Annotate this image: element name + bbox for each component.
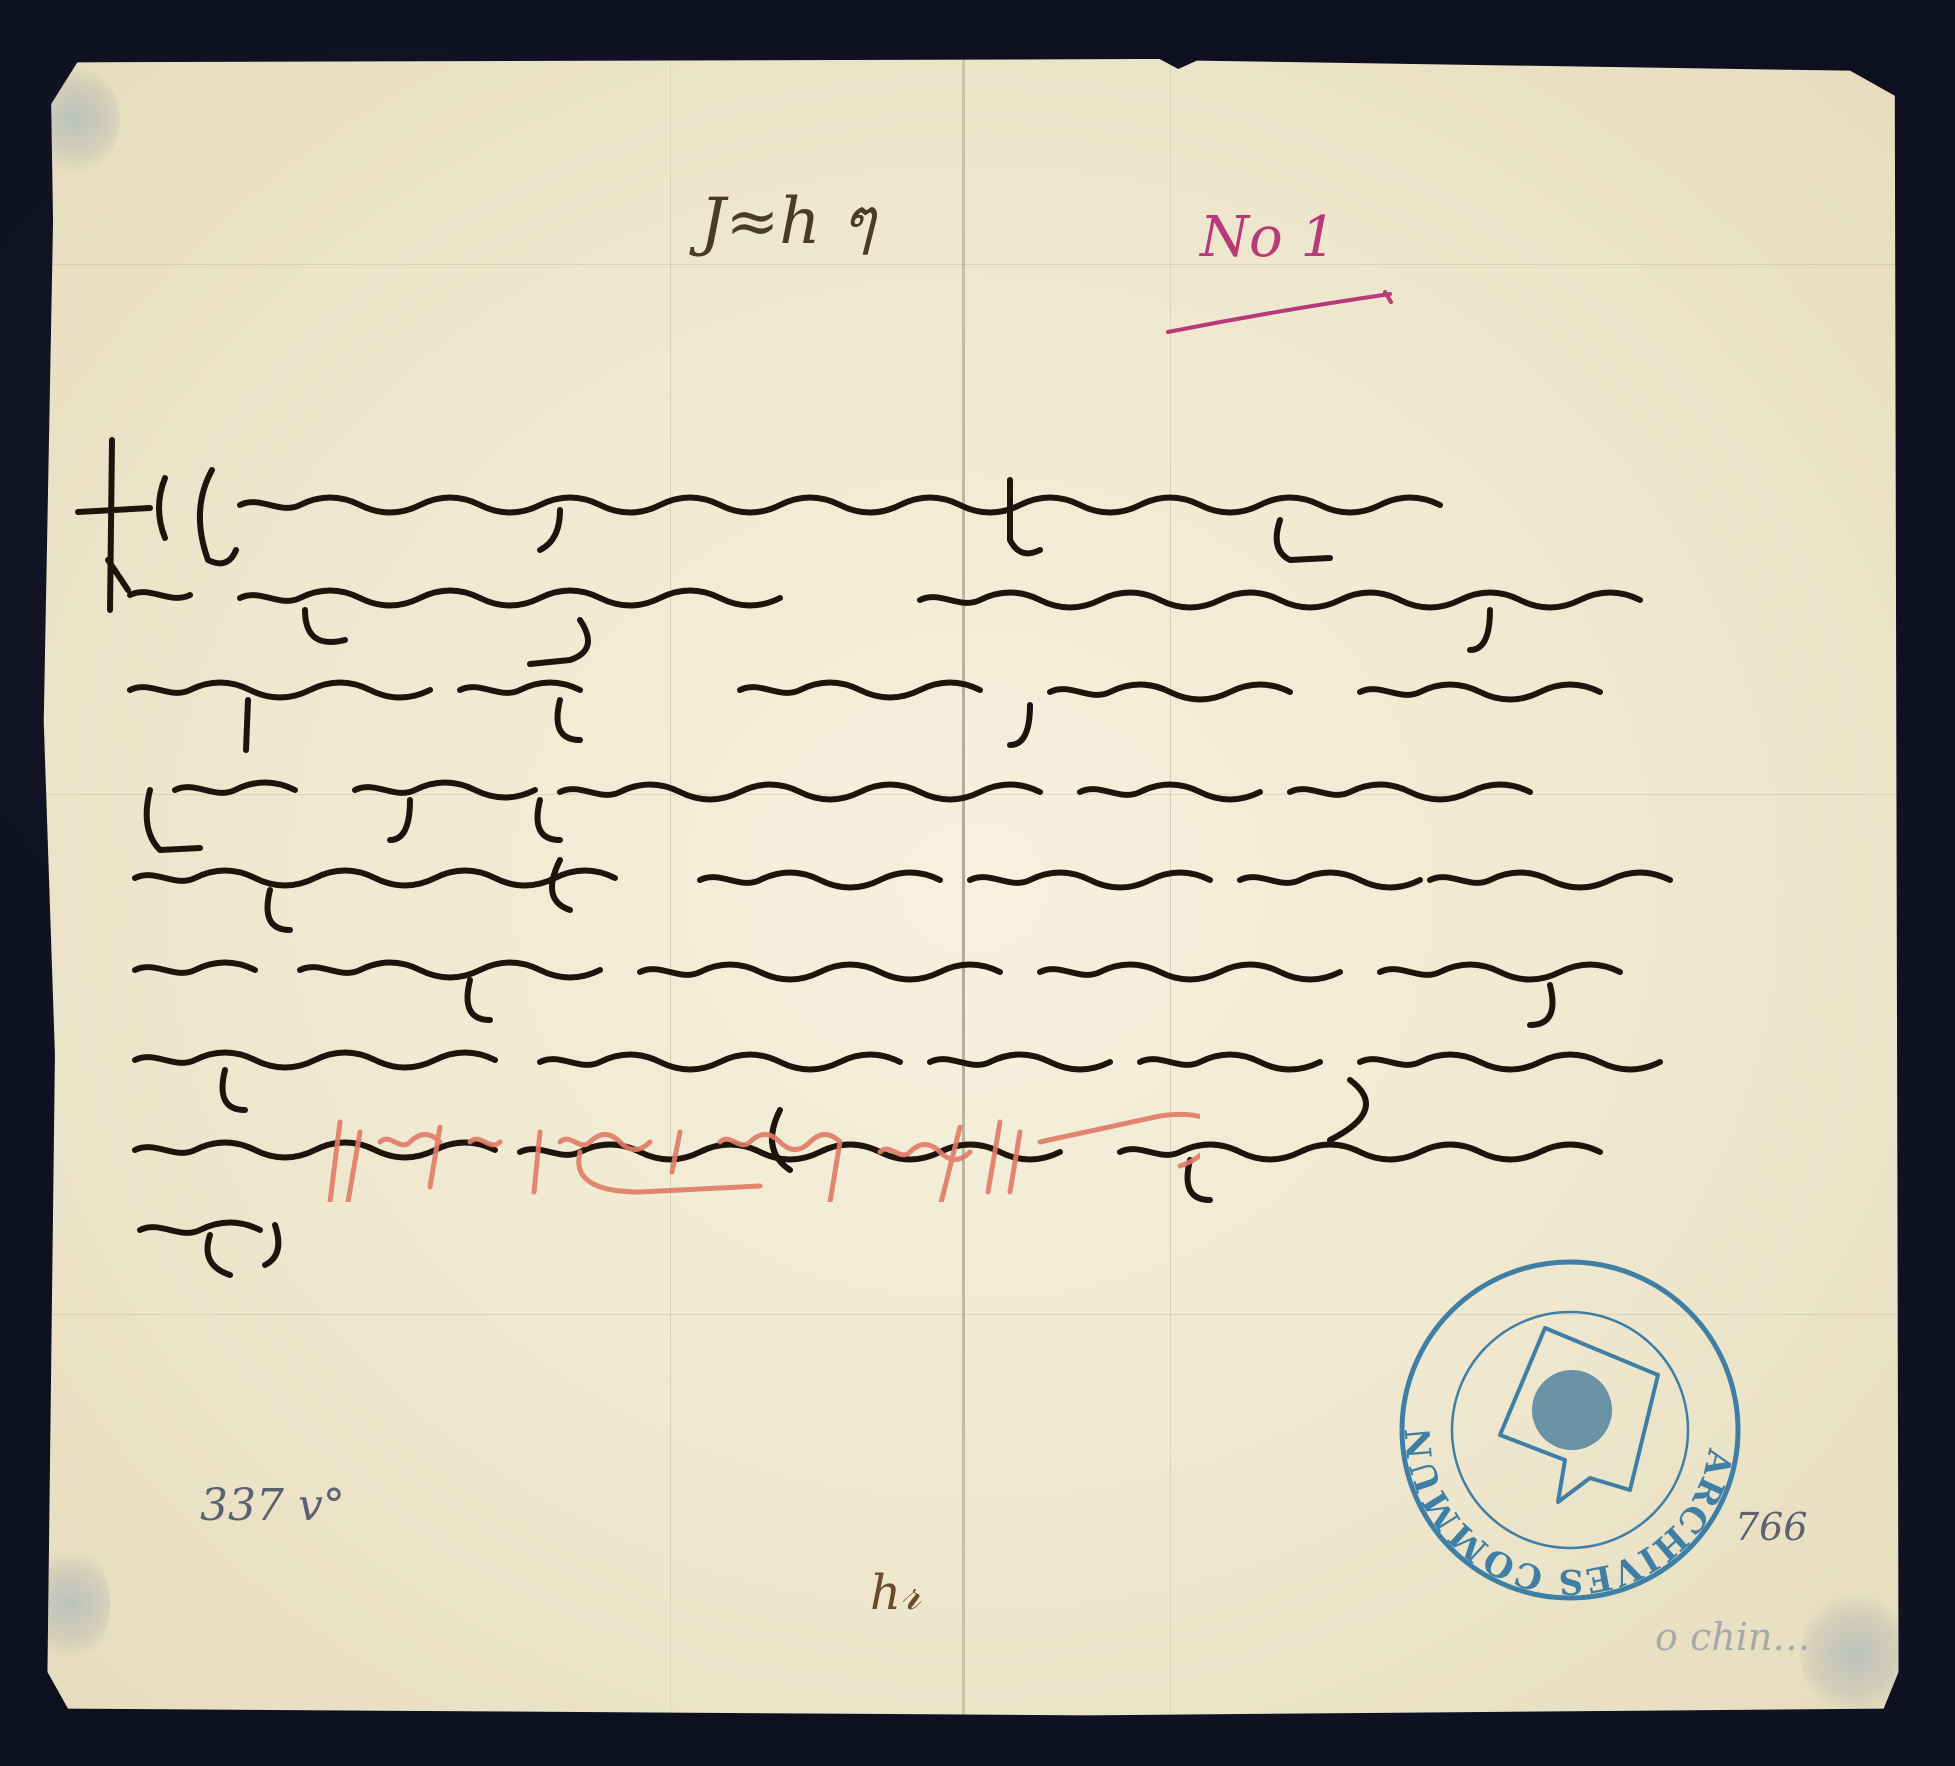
archive-stamp: ARCHIVES COMMUNALES DE MONTPELLIER * <box>1380 1250 1760 1610</box>
red-ink-signature <box>320 1112 1200 1202</box>
bottom-brown-annotation: ℎ𝓇 <box>870 1565 921 1622</box>
pencil-note: o chin… <box>1655 1615 1810 1659</box>
folio-number: 337 v° <box>200 1480 345 1531</box>
archive-number: 766 <box>1735 1505 1808 1549</box>
